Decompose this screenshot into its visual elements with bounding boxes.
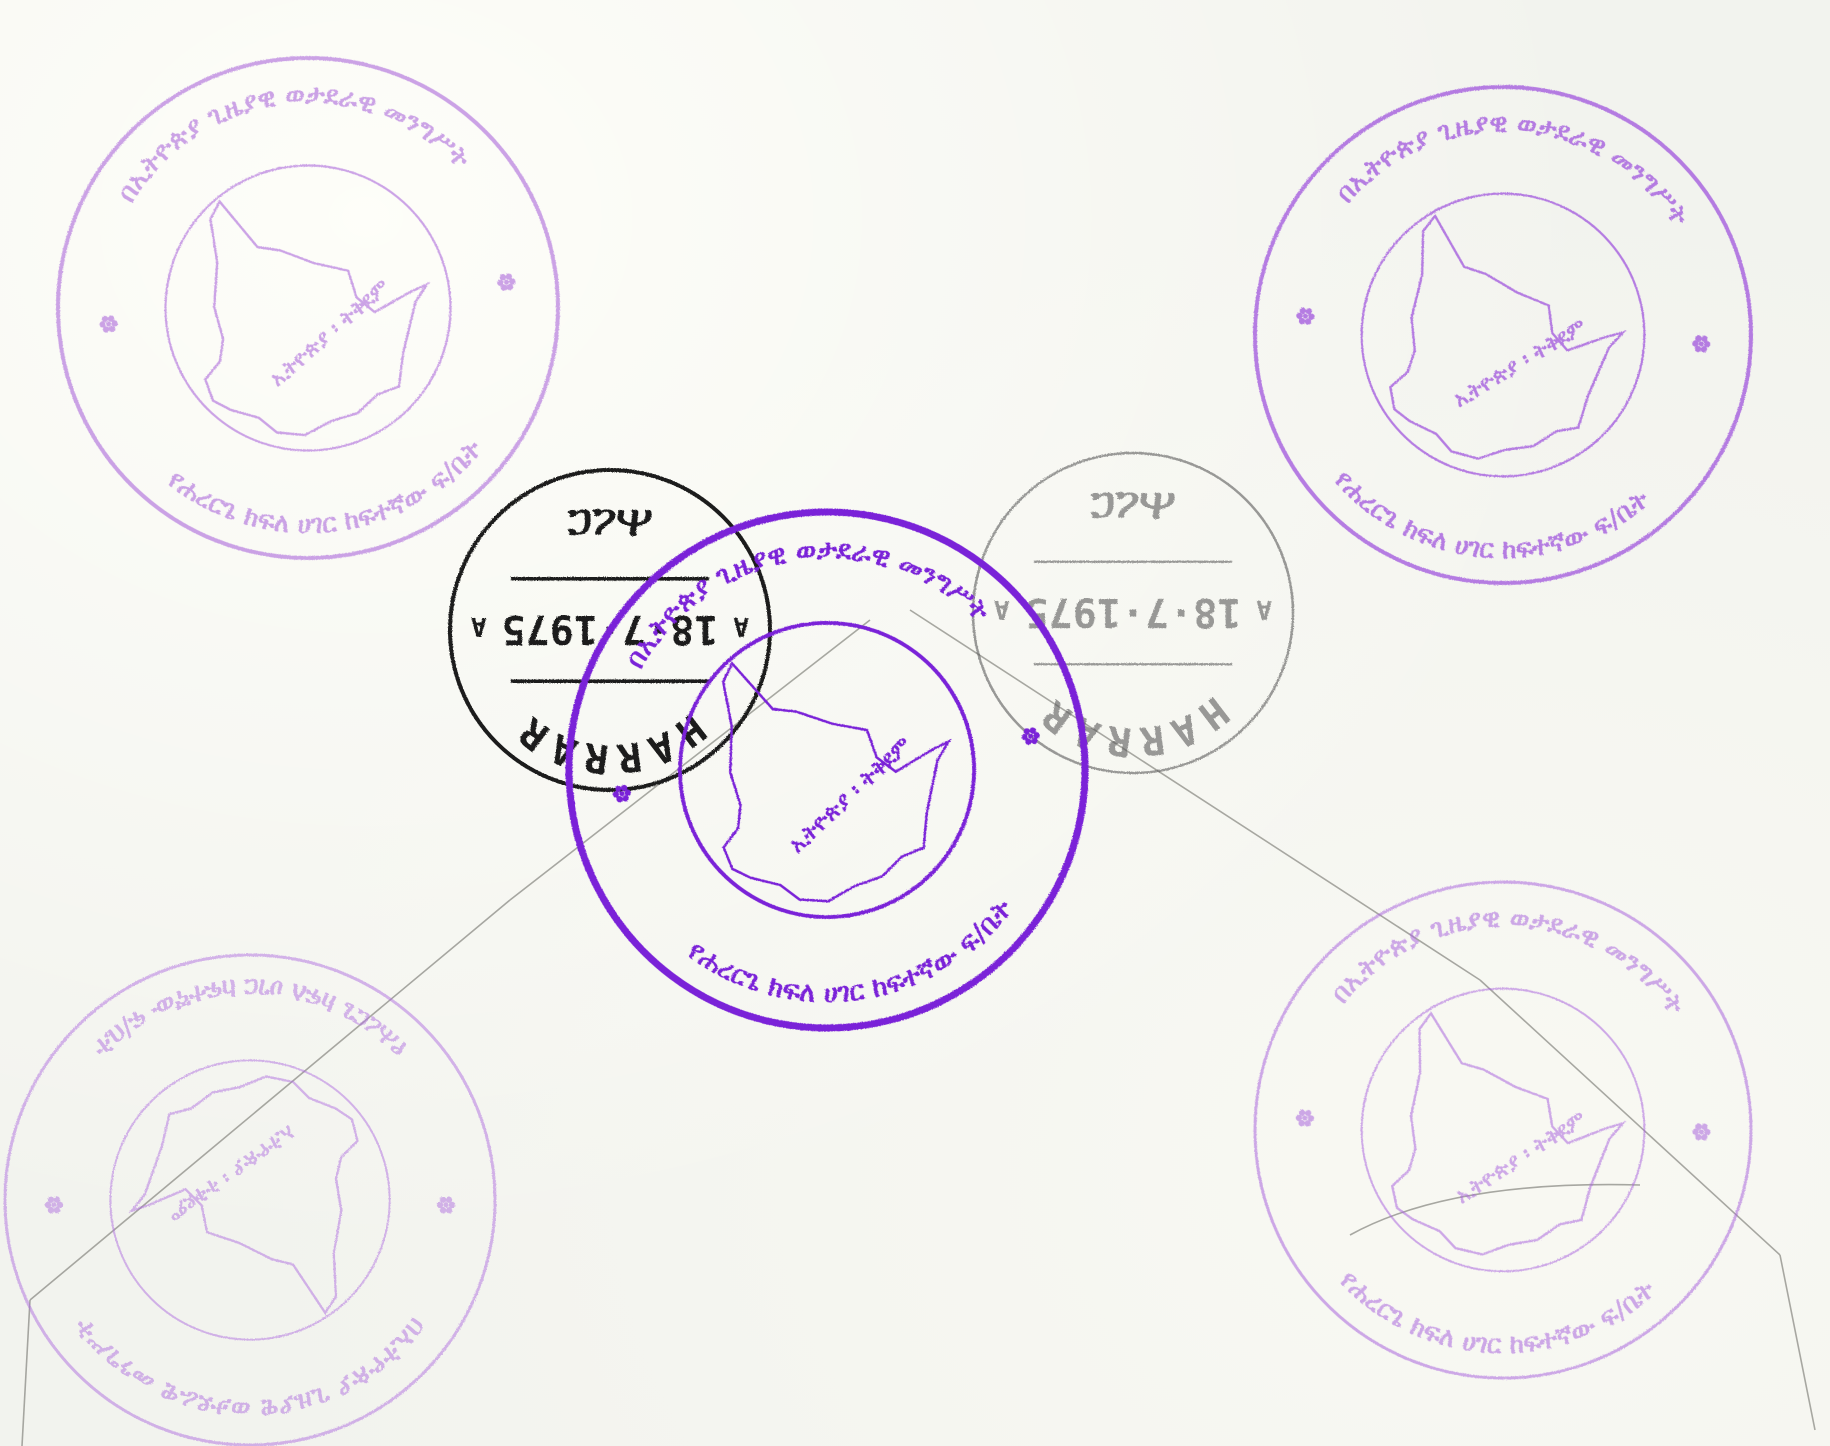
postmark-marker: A <box>1256 594 1272 624</box>
ethiopia-map-icon <box>1390 1012 1627 1259</box>
seal-outer-ring <box>1238 70 1767 599</box>
seal-inner-motto: ኢትዮጵያ ፡ ትቅደም <box>785 732 918 858</box>
seal-outer-ring <box>1246 873 1759 1386</box>
postmark-city-amharic: ሐረር <box>1089 482 1175 533</box>
postmark-city-latin: HARRAR <box>1029 687 1237 764</box>
seal-outer-text-bottom: የሐረርጌ ክፍለ ሀገር ከፍተኛው ፍ/ቤት <box>1331 1264 1662 1366</box>
flower-ornament-icon <box>496 273 516 292</box>
envelope-scene: ኢትዮጵያ ፡ ትቅደምበኢትዮጵያ ጊዜያዊ ወታደራዊ መንግሥትየሐረርጌ… <box>0 0 1830 1446</box>
envelope-flap-lines <box>22 610 1815 1446</box>
seal-inner-ring <box>110 1060 389 1339</box>
flower-ornament-icon <box>1296 307 1316 325</box>
ethiopia-map-icon <box>1386 214 1630 469</box>
flower-ornament-icon <box>45 1197 63 1214</box>
seal-bottom-right: ኢትዮጵያ ፡ ትቅደምበኢትዮጵያ ጊዜያዊ ወታደራዊ መንግሥትየሐረርጌ… <box>1246 873 1759 1386</box>
flower-ornament-icon <box>1295 1109 1314 1126</box>
seal-inner-motto: ኢትዮጵያ ፡ ትቅደም <box>265 274 394 391</box>
postmark-marker: A <box>733 611 749 641</box>
ethiopia-map-icon <box>698 635 968 915</box>
ethiopia-map-icon <box>187 181 441 445</box>
postmark-harrar-faint: 18·7·1975AAHARRARሐረር <box>973 453 1293 773</box>
flower-ornament-icon <box>437 1197 455 1214</box>
seal-outer-text-bottom: የሐረርጌ ክፍለ ሀገር ከፍተኛው ፍ/ቤት <box>86 972 413 1063</box>
postmark-marker: A <box>994 594 1010 624</box>
seal-inner-motto: ኢትዮጵያ ፡ ትቅደም <box>1451 1106 1590 1208</box>
seal-top-left: ኢትዮጵያ ፡ ትቅደምበኢትዮጵያ ጊዜያዊ ወታደራዊ መንግሥትየሐረርጌ… <box>33 33 583 583</box>
flower-ornament-icon <box>1692 1123 1711 1140</box>
ethiopia-map-icon <box>132 1076 358 1312</box>
flower-ornament-icon <box>1691 335 1711 353</box>
seal-outer-ring <box>5 955 495 1445</box>
seal-inner-ring <box>151 151 464 464</box>
seal-inner-ring <box>1357 984 1649 1276</box>
postmark-date: 18·7·1975 <box>1025 589 1242 635</box>
postmark-marker: A <box>471 611 487 641</box>
seal-inner-motto: ኢትዮጵያ ፡ ትቅደም <box>163 1121 300 1227</box>
envelope-back: ኢትዮጵያ ፡ ትቅደምበኢትዮጵያ ጊዜያዊ ወታደራዊ መንግሥትየሐረርጌ… <box>0 0 1830 1446</box>
postmark-city-amharic: ሐረር <box>566 499 652 550</box>
seal-top-right: ኢትዮጵያ ፡ ትቅደምበኢትዮጵያ ጊዜያዊ ወታደራዊ መንግሥትየሐረርጌ… <box>1238 70 1767 599</box>
seal-outer-ring <box>33 33 583 583</box>
seal-inner-motto: ኢትዮጵያ ፡ ትቅደም <box>1449 314 1590 412</box>
flower-ornament-icon <box>99 315 119 334</box>
seal-outer-text-top: በኢትዮጵያ ጊዜያዊ ወታደራዊ መንግሥት <box>68 1312 432 1424</box>
seal-bottom-left: ኢትዮጵያ ፡ ትቅደምበኢትዮጵያ ጊዜያዊ ወታደራዊ መንግሥትየሐረርጌ… <box>5 955 495 1445</box>
